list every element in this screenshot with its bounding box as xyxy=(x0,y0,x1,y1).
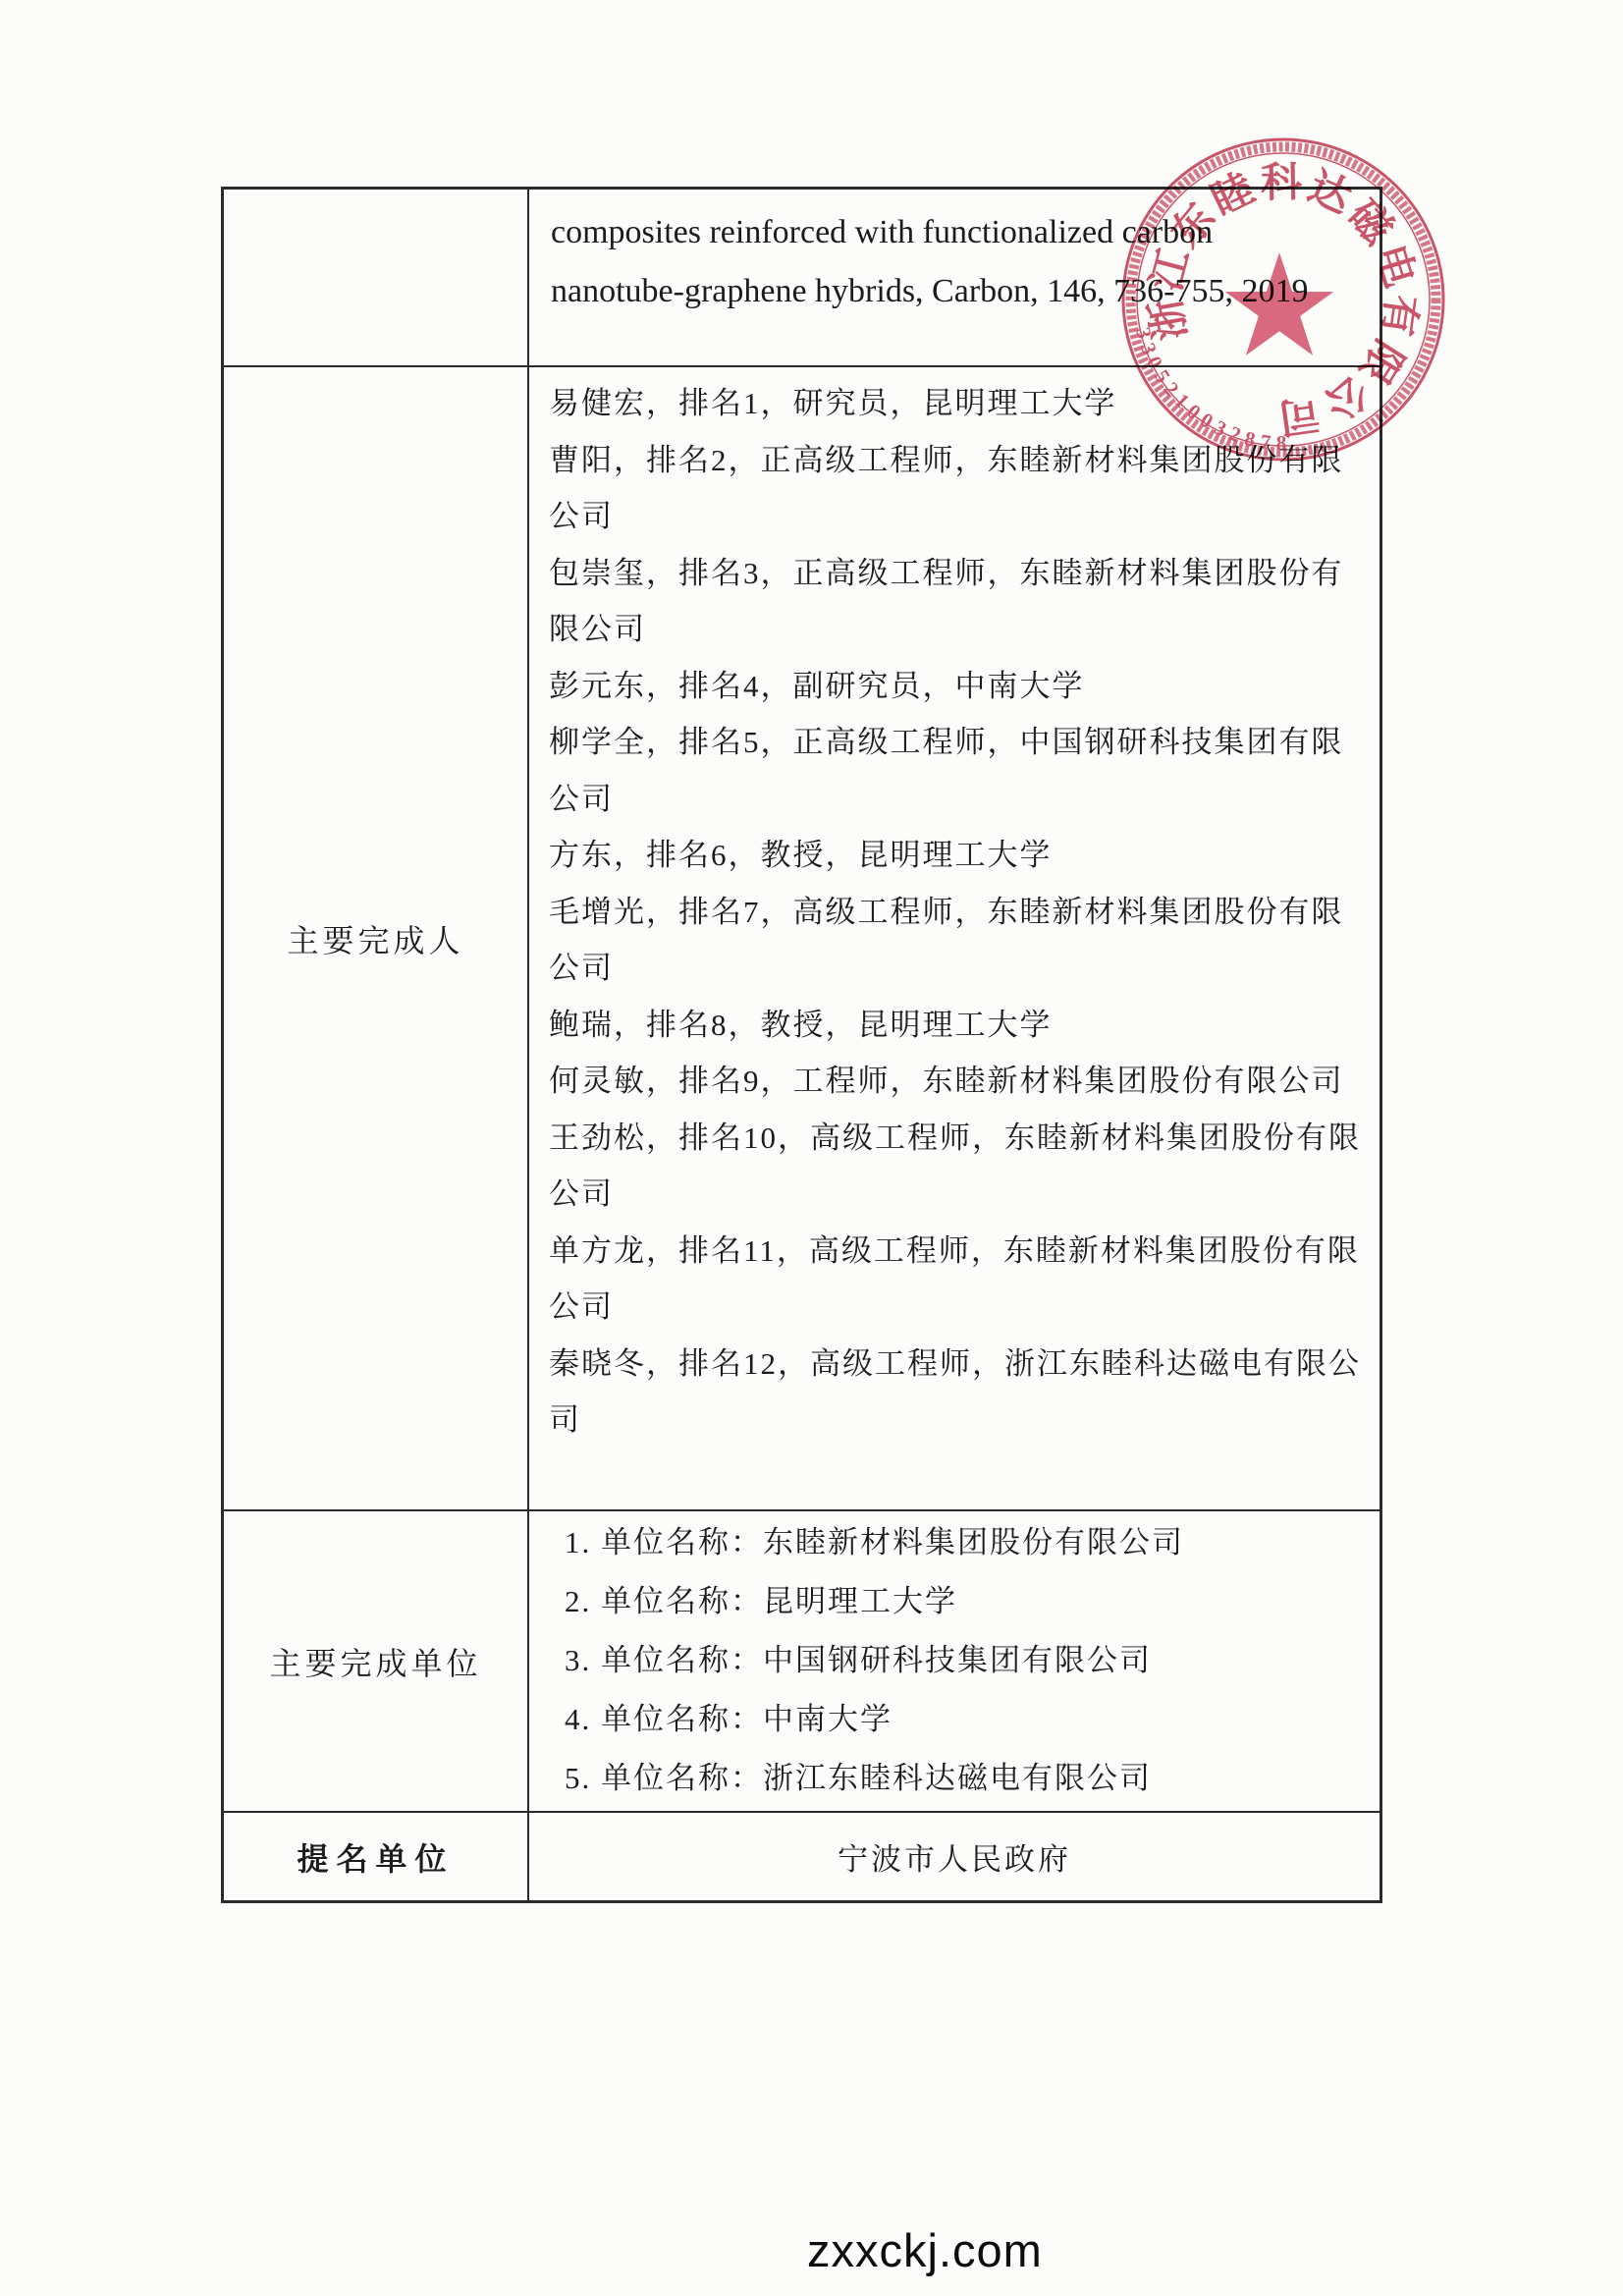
table-row-publication: composites reinforced with functionalize… xyxy=(224,190,1380,365)
row-label-main-contributors: 主要完成人 xyxy=(224,367,529,1509)
text-line: 5. 单位名称：浙江东睦科达磁电有限公司 xyxy=(565,1749,1380,1808)
text-line: 毛增光，排名7，高级工程师，东睦新材料集团股份有限 xyxy=(549,884,1380,941)
text-line: 包崇玺，排名3，正高级工程师，东睦新材料集团股份有 xyxy=(549,545,1380,602)
main-contributors-cell: 易健宏，排名1，研究员，昆明理工大学曹阳，排名2，正高级工程师，东睦新材料集团股… xyxy=(529,367,1380,1509)
text-line: 何灵敏，排名9，工程师，东睦新材料集团股份有限公司 xyxy=(549,1053,1380,1110)
row-label-nominating-unit: 提名单位 xyxy=(224,1813,529,1900)
text-line: 曹阳，排名2，正高级工程师，东睦新材料集团股份有限 xyxy=(549,432,1380,489)
text-line: 3. 单位名称：中国钢研科技集团有限公司 xyxy=(565,1631,1380,1690)
main-organizations-cell: 1. 单位名称：东睦新材料集团股份有限公司2. 单位名称：昆明理工大学3. 单位… xyxy=(529,1511,1380,1811)
text-line: 2. 单位名称：昆明理工大学 xyxy=(565,1572,1380,1631)
text-line: 王劲松，排名10，高级工程师，东睦新材料集团股份有限 xyxy=(549,1110,1380,1167)
text-line: composites reinforced with functionalize… xyxy=(551,203,1380,262)
table-row-main-organizations: 主要完成单位 1. 单位名称：东睦新材料集团股份有限公司2. 单位名称：昆明理工… xyxy=(224,1509,1380,1811)
text-line: 公司 xyxy=(549,1279,1380,1336)
table-row-main-contributors: 主要完成人 易健宏，排名1，研究员，昆明理工大学曹阳，排名2，正高级工程师，东睦… xyxy=(224,365,1380,1509)
text-line: 易健宏，排名1，研究员，昆明理工大学 xyxy=(549,375,1380,432)
text-line: 公司 xyxy=(549,1166,1380,1223)
row-label-empty xyxy=(224,190,529,365)
text-line: nanotube-graphene hybrids, Carbon, 146, … xyxy=(551,262,1380,321)
nominating-unit-value: 宁波市人民政府 xyxy=(529,1813,1380,1900)
text-line: 公司 xyxy=(549,771,1380,828)
table-row-nominating-unit: 提名单位 宁波市人民政府 xyxy=(224,1811,1380,1900)
watermark: zxxckj.com xyxy=(807,2223,1043,2277)
text-line: 鲍瑞，排名8，教授，昆明理工大学 xyxy=(549,997,1380,1054)
text-line: 柳学全，排名5，正高级工程师，中国钢研科技集团有限 xyxy=(549,714,1380,771)
row-label-main-organizations: 主要完成单位 xyxy=(224,1511,529,1811)
text-line: 公司 xyxy=(549,940,1380,997)
text-line: 限公司 xyxy=(549,601,1380,658)
scanned-document-page: { "page": { "watermark": "zxxckj.com" },… xyxy=(0,0,1623,2296)
text-line: 秦晓冬，排名12，高级工程师，浙江东睦科达磁电有限公 xyxy=(549,1336,1380,1393)
text-line: 1. 单位名称：东睦新材料集团股份有限公司 xyxy=(565,1513,1380,1572)
text-line: 4. 单位名称：中南大学 xyxy=(565,1690,1380,1749)
text-line: 单方龙，排名11，高级工程师，东睦新材料集团股份有限 xyxy=(549,1223,1380,1280)
text-line: 司 xyxy=(549,1392,1380,1449)
text-line: 公司 xyxy=(549,488,1380,545)
text-line: 彭元东，排名4，副研究员，中南大学 xyxy=(549,658,1380,715)
document-table: composites reinforced with functionalize… xyxy=(221,187,1382,1903)
text-line: 方东，排名6，教授，昆明理工大学 xyxy=(549,827,1380,884)
publication-text-cell: composites reinforced with functionalize… xyxy=(529,190,1380,365)
